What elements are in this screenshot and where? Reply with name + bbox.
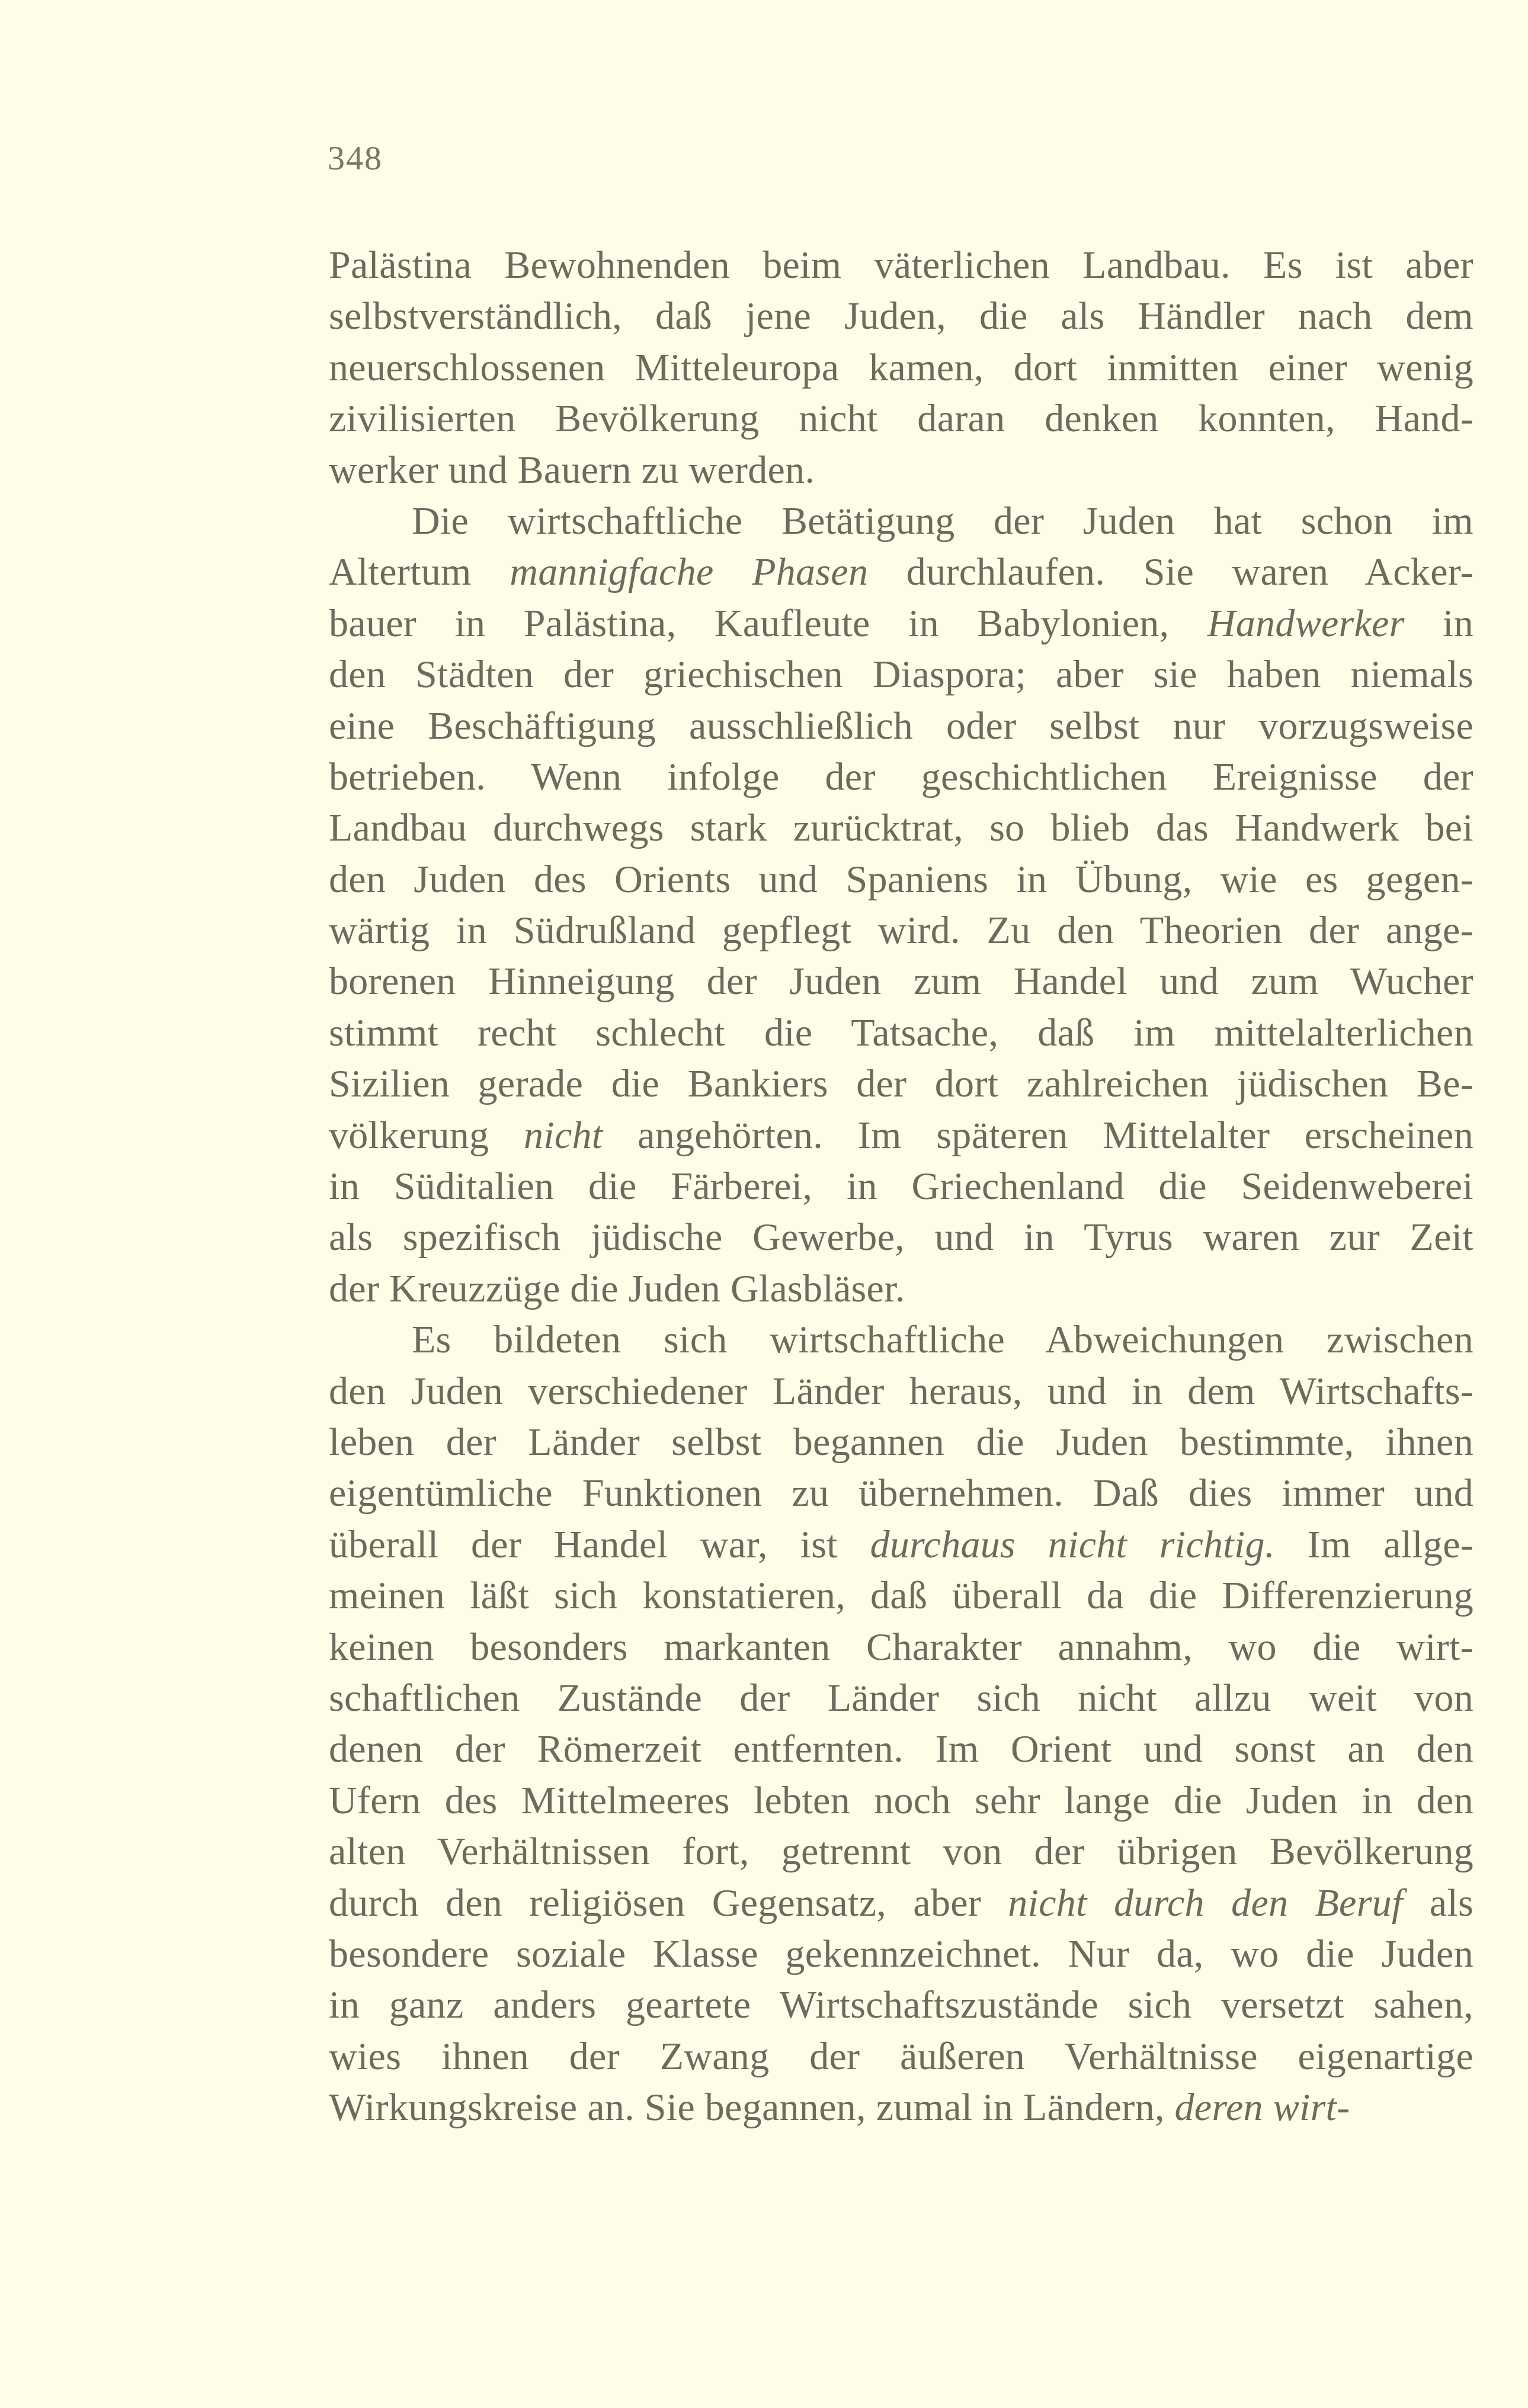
text-line: Sizilien gerade die Bankiers der dort za… [329,1059,1473,1110]
text-line: eigentümliche Funktionen zu übernehmen. … [329,1468,1473,1519]
text-line: der Kreuzzüge die Juden Glasbläser. [329,1264,1473,1314]
text-segment: in ganz anders geartete Wirtschaftszustä… [329,1983,1473,2027]
text-segment: eigentümliche Funktionen zu übernehmen. … [329,1471,1473,1515]
text-line: betrieben. Wenn infolge der geschichtlic… [329,752,1473,803]
emphasized-text: nicht [524,1114,603,1157]
emphasized-text: mannigfache Phasen [510,550,868,594]
text-segment: wies ihnen der Zwang der äußeren Verhält… [329,2035,1473,2078]
text-line: neuerschlossenen Mitteleuropa kamen, dor… [329,342,1473,393]
text-segment: Es bildeten sich wirtschaftliche Abweich… [412,1318,1473,1361]
text-segment: stimmt recht schlecht die Tatsache, daß … [329,1011,1473,1054]
text-segment: völkerung [329,1114,524,1157]
page-number: 348 [328,141,383,175]
emphasized-text: deren wirt- [1175,2086,1350,2129]
text-segment: Altertum [329,550,510,594]
text-segment: meinen läßt sich konstatieren, daß übera… [329,1574,1473,1617]
text-line: Ufern des Mittelmeeres lebten noch sehr … [329,1775,1473,1826]
text-segment: den Juden verschiedener Länder heraus, u… [329,1370,1473,1413]
text-segment: denen der Römerzeit entfernten. Im Orien… [329,1727,1473,1771]
emphasized-text: nicht durch den Beruf [1008,1881,1402,1925]
text-line: den Städten der griechischen Diaspora; a… [329,649,1473,700]
text-line: Palästina Bewohnenden beim väterlichen L… [329,240,1473,291]
text-line: wies ihnen der Zwang der äußeren Verhält… [329,2031,1473,2082]
text-line: Wirkungskreise an. Sie begannen, zumal i… [329,2082,1473,2133]
text-line: werker und Bauern zu werden. [329,445,1473,496]
text-segment: Wirkungskreise an. Sie begannen, zumal i… [329,2086,1175,2129]
text-segment: als spezifisch jüdische Gewerbe, und in … [329,1216,1473,1259]
text-line: keinen besonders markanten Charakter ann… [329,1622,1473,1673]
text-line: schaftlichen Zustände der Länder sich ni… [329,1673,1473,1724]
text-segment: als [1403,1881,1473,1925]
text-line: Die wirtschaftliche Betätigung der Juden… [329,496,1473,547]
text-line: eine Beschäftigung ausschließlich oder s… [329,701,1473,752]
text-line: völkerung nicht angehörten. Im späteren … [329,1110,1473,1161]
text-segment: Palästina Bewohnenden beim väterlichen L… [329,243,1473,287]
text-line: in Süditalien die Färberei, in Griechenl… [329,1161,1473,1212]
text-segment: wärtig in Südrußland gepflegt wird. Zu d… [329,909,1473,952]
text-segment: leben der Länder selbst begannen die Jud… [329,1421,1473,1464]
paragraph: Es bildeten sich wirtschaftliche Abweich… [329,1314,1473,2133]
text-segment: borenen Hinneigung der Juden zum Handel … [329,960,1473,1003]
text-line: Es bildeten sich wirtschaftliche Abweich… [329,1314,1473,1365]
text-line: alten Verhältnissen fort, getrennt von d… [329,1826,1473,1877]
text-line: durch den religiösen Gegensatz, aber nic… [329,1878,1473,1929]
text-line: den Juden des Orients und Spaniens in Üb… [329,854,1473,905]
emphasized-text: durchaus nicht richtig. [870,1523,1274,1566]
text-segment: werker und Bauern zu werden. [329,448,815,492]
text-line: Landbau durchwegs stark zurücktrat, so b… [329,803,1473,854]
paragraph: Die wirtschaftliche Betätigung der Juden… [329,496,1473,1314]
text-line: überall der Handel war, ist durchaus nic… [329,1519,1473,1570]
text-line: zivilisierten Bevölkerung nicht daran de… [329,393,1473,444]
emphasized-text: Handwerker [1207,602,1405,645]
text-line: leben der Länder selbst begannen die Jud… [329,1417,1473,1468]
text-line: als spezifisch jüdische Gewerbe, und in … [329,1212,1473,1263]
text-segment: selbstverständlich, daß jene Juden, die … [329,294,1473,338]
paragraph: Palästina Bewohnenden beim väterlichen L… [329,240,1473,496]
text-segment: Sizilien gerade die Bankiers der dort za… [329,1062,1473,1105]
text-segment: Die wirtschaftliche Betätigung der Juden… [412,499,1473,543]
text-segment: betrieben. Wenn infolge der geschichtlic… [329,755,1473,799]
text-segment: alten Verhältnissen fort, getrennt von d… [329,1830,1473,1873]
text-line: denen der Römerzeit entfernten. Im Orien… [329,1724,1473,1775]
text-segment: in Süditalien die Färberei, in Griechenl… [329,1165,1473,1208]
text-segment: in [1405,602,1473,645]
text-segment: Im allge- [1275,1523,1473,1566]
text-segment: Ufern des Mittelmeeres lebten noch sehr … [329,1779,1473,1822]
text-segment: der Kreuzzüge die Juden Glasbläser. [329,1267,905,1310]
text-line: den Juden verschiedener Länder heraus, u… [329,1366,1473,1417]
text-line: stimmt recht schlecht die Tatsache, daß … [329,1008,1473,1059]
text-segment: eine Beschäftigung ausschließlich oder s… [329,704,1473,748]
text-segment: angehörten. Im späteren Mittelalter ersc… [603,1114,1473,1157]
text-segment: den Juden des Orients und Spaniens in Üb… [329,858,1473,901]
text-segment: Landbau durchwegs stark zurücktrat, so b… [329,806,1473,849]
text-line: Altertum mannigfache Phasen durchlaufen.… [329,547,1473,598]
text-segment: bauer in Palästina, Kaufleute in Babylon… [329,602,1207,645]
text-segment: keinen besonders markanten Charakter ann… [329,1625,1473,1669]
text-line: in ganz anders geartete Wirtschaftszustä… [329,1980,1473,2031]
text-line: borenen Hinneigung der Juden zum Handel … [329,956,1473,1007]
text-segment: durchlaufen. Sie waren Acker- [868,550,1473,594]
text-segment: überall der Handel war, ist [329,1523,870,1566]
text-segment: durch den religiösen Gegensatz, aber [329,1881,1008,1925]
text-line: besondere soziale Klasse gekennzeichnet.… [329,1929,1473,1980]
body-text: Palästina Bewohnenden beim väterlichen L… [329,240,1473,2133]
text-line: selbstverständlich, daß jene Juden, die … [329,291,1473,342]
text-line: meinen läßt sich konstatieren, daß übera… [329,1570,1473,1621]
text-segment: neuerschlossenen Mitteleuropa kamen, dor… [329,346,1473,389]
text-segment: zivilisierten Bevölkerung nicht daran de… [329,397,1473,440]
text-segment: schaftlichen Zustände der Länder sich ni… [329,1676,1473,1720]
text-line: wärtig in Südrußland gepflegt wird. Zu d… [329,905,1473,956]
text-segment: den Städten der griechischen Diaspora; a… [329,653,1473,696]
text-segment: besondere soziale Klasse gekennzeichnet.… [329,1932,1473,1976]
text-line: bauer in Palästina, Kaufleute in Babylon… [329,598,1473,649]
